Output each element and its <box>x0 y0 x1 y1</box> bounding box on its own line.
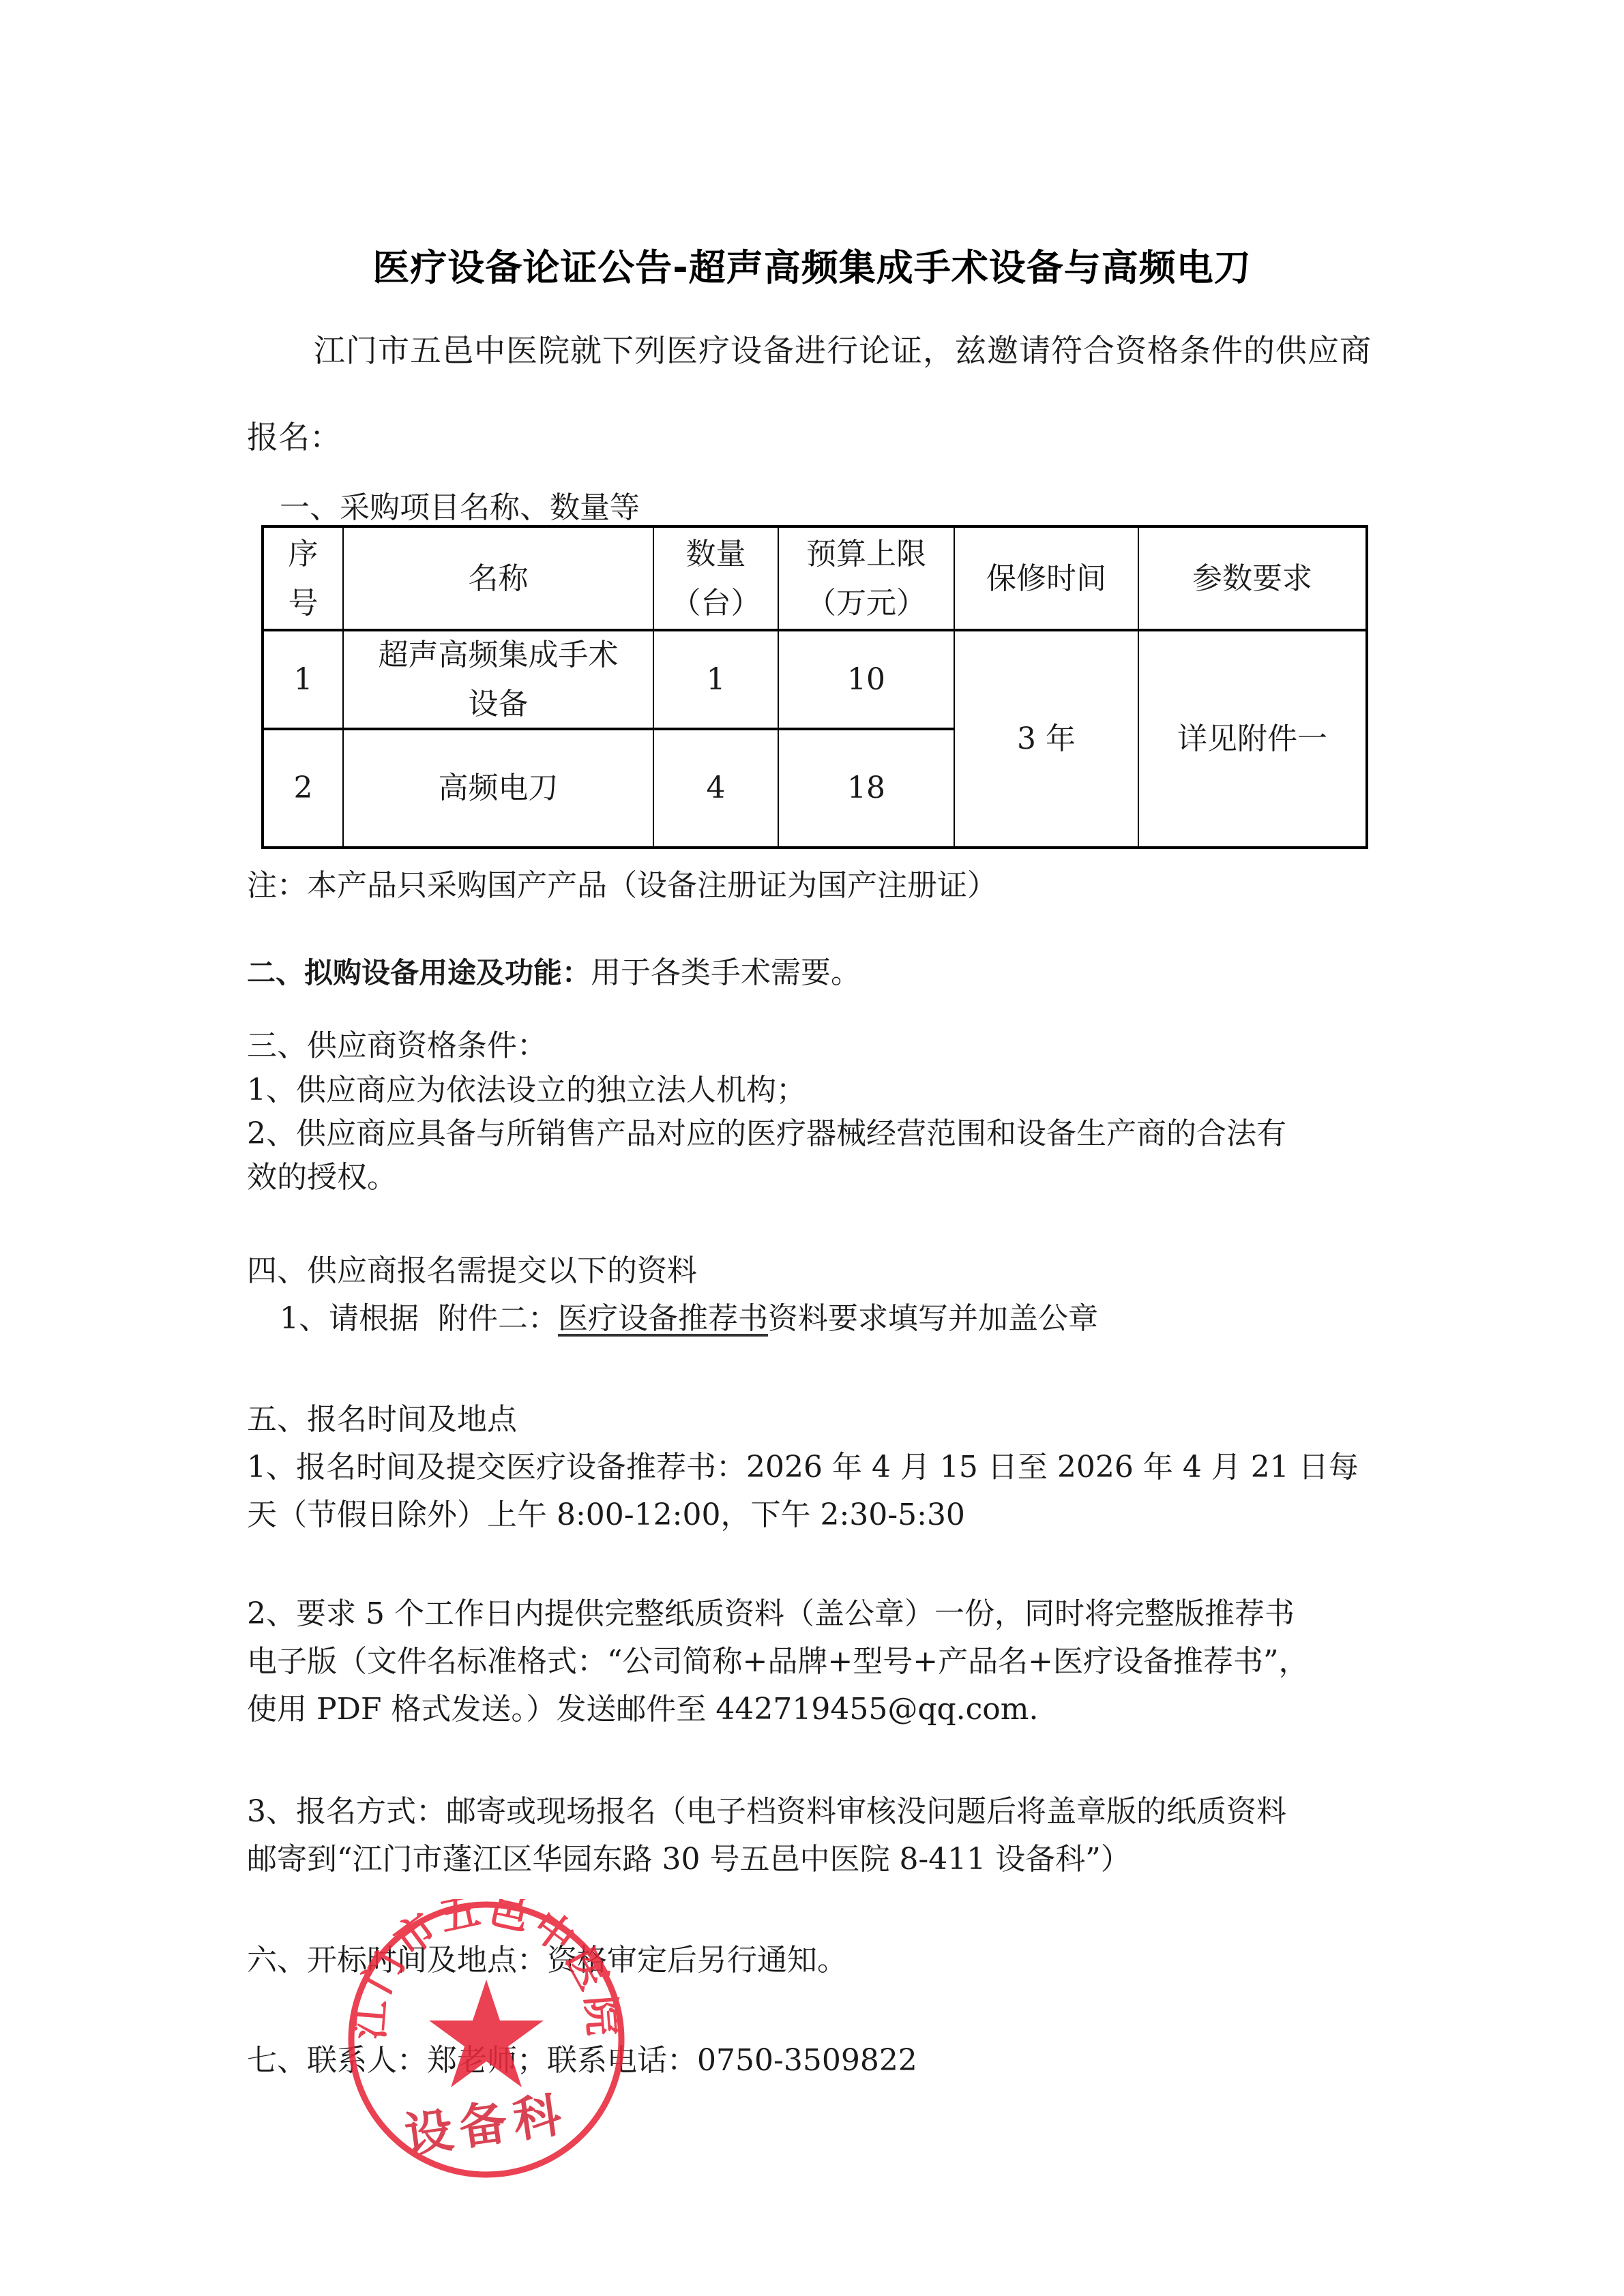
section1-heading: 一、采购项目名称、数量等 <box>280 483 640 526</box>
section7-contact: 七、联系人：郑老师；联系电话：0750-3509822 <box>247 2036 917 2079</box>
section5-item3-line2: 邮寄到“江门市蓬江区华园东路 30 号五邑中医院 8-411 设备科”） <box>247 1834 1131 1878</box>
header-budget-line1: 预算上限 <box>806 530 926 579</box>
intro-text-line1: 江门市五邑中医院就下列医疗设备进行论证，兹邀请符合资格条件的供应商 <box>314 326 1372 371</box>
procurement-table: 序 号 名称 数量 （台） 预算上限 （万元） 保修时间 参数要求 1 超声高频… <box>261 525 1368 849</box>
document-title: 医疗设备论证公告-超声高频集成手术设备与高频电刀 <box>0 239 1624 291</box>
row1-name-line2: 设备 <box>469 680 529 729</box>
header-qty-line1: 数量 <box>686 530 746 579</box>
header-qty-line2: （台） <box>671 579 761 628</box>
section5-item1-line1: 1、报名时间及提交医疗设备推荐书：2026 年 4 月 15 日至 2026 年… <box>247 1442 1359 1486</box>
section5-item3-line1: 3、报名方式：邮寄或现场报名（电子档资料审核没问题后将盖章版的纸质资料 <box>247 1787 1286 1830</box>
section3-heading: 三、供应商资格条件： <box>247 1021 547 1064</box>
header-warranty: 保修时间 <box>955 528 1138 630</box>
header-seq-line1: 序 <box>289 530 319 579</box>
section2-text: 用于各类手术需要。 <box>591 955 861 990</box>
section2: 二、拟购设备用途及功能：用于各类手术需要。 <box>247 948 861 992</box>
section3-item1: 1、供应商应为依法设立的独立法人机构； <box>247 1065 806 1109</box>
section5-item2-line3: 使用 PDF 格式发送。）发送邮件至 442719455@qq.com. <box>247 1684 1038 1728</box>
section1-note: 注：本产品只采购国产产品（设备注册证为国产注册证） <box>247 861 997 904</box>
row2-budget: 18 <box>779 730 954 846</box>
merged-warranty: 3 年 <box>955 631 1138 846</box>
section5-item2-line2: 电子版（文件名标准格式：“公司简称+品牌+型号+产品名+医疗设备推荐书”， <box>247 1637 1308 1680</box>
row2-seq: 2 <box>264 730 342 846</box>
seal-bottom-text: 设备科 <box>402 2086 572 2164</box>
row2-qty: 4 <box>654 730 778 846</box>
section4-item1-suffix: 资料要求填写并加盖公章 <box>768 1301 1098 1336</box>
section4-heading: 四、供应商报名需提交以下的资料 <box>247 1246 697 1289</box>
section2-heading: 二、拟购设备用途及功能： <box>247 956 591 989</box>
recommendation-form-link[interactable]: 医疗设备推荐书 <box>558 1301 768 1336</box>
section6: 六、开标时间及地点：资格审定后另行通知。 <box>247 1935 847 1979</box>
header-qty: 数量 （台） <box>654 528 778 630</box>
row1-budget: 10 <box>779 631 954 728</box>
row1-name-line1: 超声高频集成手术 <box>379 631 619 680</box>
header-name: 名称 <box>344 528 653 630</box>
section4-item1-prefix: 1、请根据 附件二： <box>280 1301 558 1336</box>
row2-name: 高频电刀 <box>344 730 653 846</box>
header-budget-line2: （万元） <box>806 579 926 628</box>
section4-item1: 1、请根据 附件二：医疗设备推荐书资料要求填写并加盖公章 <box>280 1294 1098 1337</box>
section3-item2: 2、供应商应具备与所销售产品对应的医疗器械经营范围和设备生产商的合法有 <box>247 1109 1286 1152</box>
row1-seq: 1 <box>264 631 342 728</box>
section5-item1-line2: 天（节假日除外）上午 8:00-12:00，下午 2:30-5:30 <box>247 1490 965 1534</box>
intro-text-line2: 报名： <box>247 413 341 458</box>
header-budget: 预算上限 （万元） <box>779 528 954 630</box>
merged-params: 详见附件一 <box>1139 631 1365 846</box>
row1-qty: 1 <box>654 631 778 728</box>
header-params: 参数要求 <box>1139 528 1365 630</box>
row1-name: 超声高频集成手术 设备 <box>344 631 653 728</box>
section5-heading: 五、报名时间及地点 <box>247 1395 517 1438</box>
header-seq: 序 号 <box>264 528 342 630</box>
header-seq-line2: 号 <box>289 579 319 628</box>
section3-item2-cont: 效的授权。 <box>247 1152 397 1196</box>
section5-item2-line1: 2、要求 5 个工作日内提供完整纸质资料（盖公章）一份，同时将完整版推荐书 <box>247 1589 1295 1632</box>
